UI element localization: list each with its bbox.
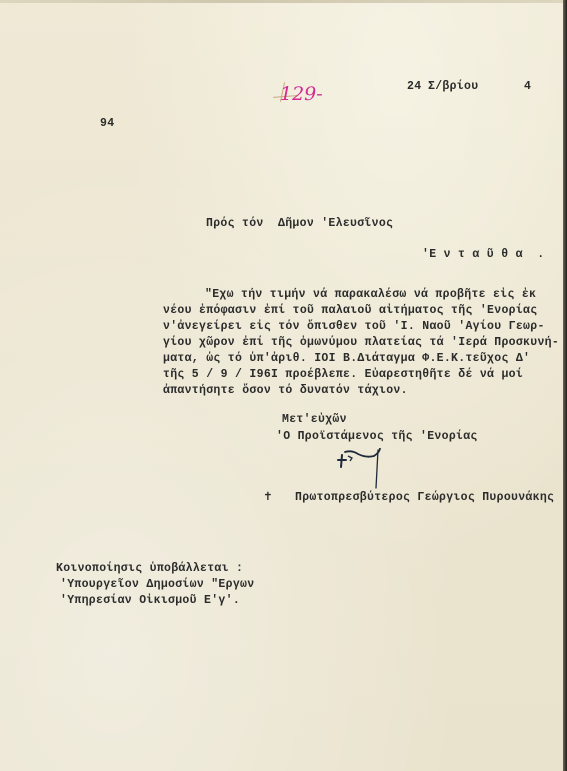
signatory-title: 'Ο Προϊστάμενος τῆς 'Ενορίας [276,430,478,444]
body-line: νέου ἐπόφασιν ἐπί τοῦ παλαιοῦ αἰτήματος … [163,304,537,318]
document-page: 24 Σ/βρίου 4 94 129- Πρός τόν Δῆμον 'Ελε… [0,0,567,771]
paper-top-edge [0,0,567,3]
page-number: 4 [524,80,531,94]
cc-heading: Κοινοποίησις ὑποβάλλεται : [56,562,243,576]
closing-salutation: Μετ'εὐχῶν [282,413,347,427]
signatory-name: Πρωτοπρεσβύτερος Γεώργιος Πυρουνάκης [295,491,554,505]
date-month: Σ/βρίου [428,80,478,94]
cross-icon: ✝ [264,490,272,504]
body-line: ν'ἀνεγείρει εἰς τόν ὄπισθεν τοῦ 'Ι. Ναοῦ… [163,320,545,334]
body-line: ἀπαντήσητε ὅσον τό δυνατόν τάχιον. [163,384,408,398]
location-line: 'Ε ν τ α ῦ θ α . [422,248,544,262]
cc-recipient: 'Υπουργεῖον Δημοσίων "Εργων [60,578,254,592]
body-line: γίου χῶρον ἐπί τῆς ὁμωνύμου πλατείας τά … [163,336,559,350]
body-line: τῆς 5 / 9 / Ι96Ι προέβλεπε. Εὐαρεστηθῆτε… [163,368,523,382]
body-line: ματα, ὡς τό ὑπ'ἀριθ. ΙΟΙ Β.Διάταγμα Φ.Ε.… [163,352,530,366]
reference-number: 94 [100,117,114,131]
recipient-line: Πρός τόν Δῆμον 'Ελευσῖνος [206,217,393,231]
date-day: 24 [407,80,421,94]
cc-recipient: 'Υπηρεσίαν Οἰκισμοῦ Ε'γ'. [60,594,240,608]
handwritten-number: 129- [280,84,323,104]
body-line: "Εχω τήν τιμήν νά παρακαλέσω νά προβῆτε … [205,288,536,302]
paper-right-edge [563,0,567,771]
